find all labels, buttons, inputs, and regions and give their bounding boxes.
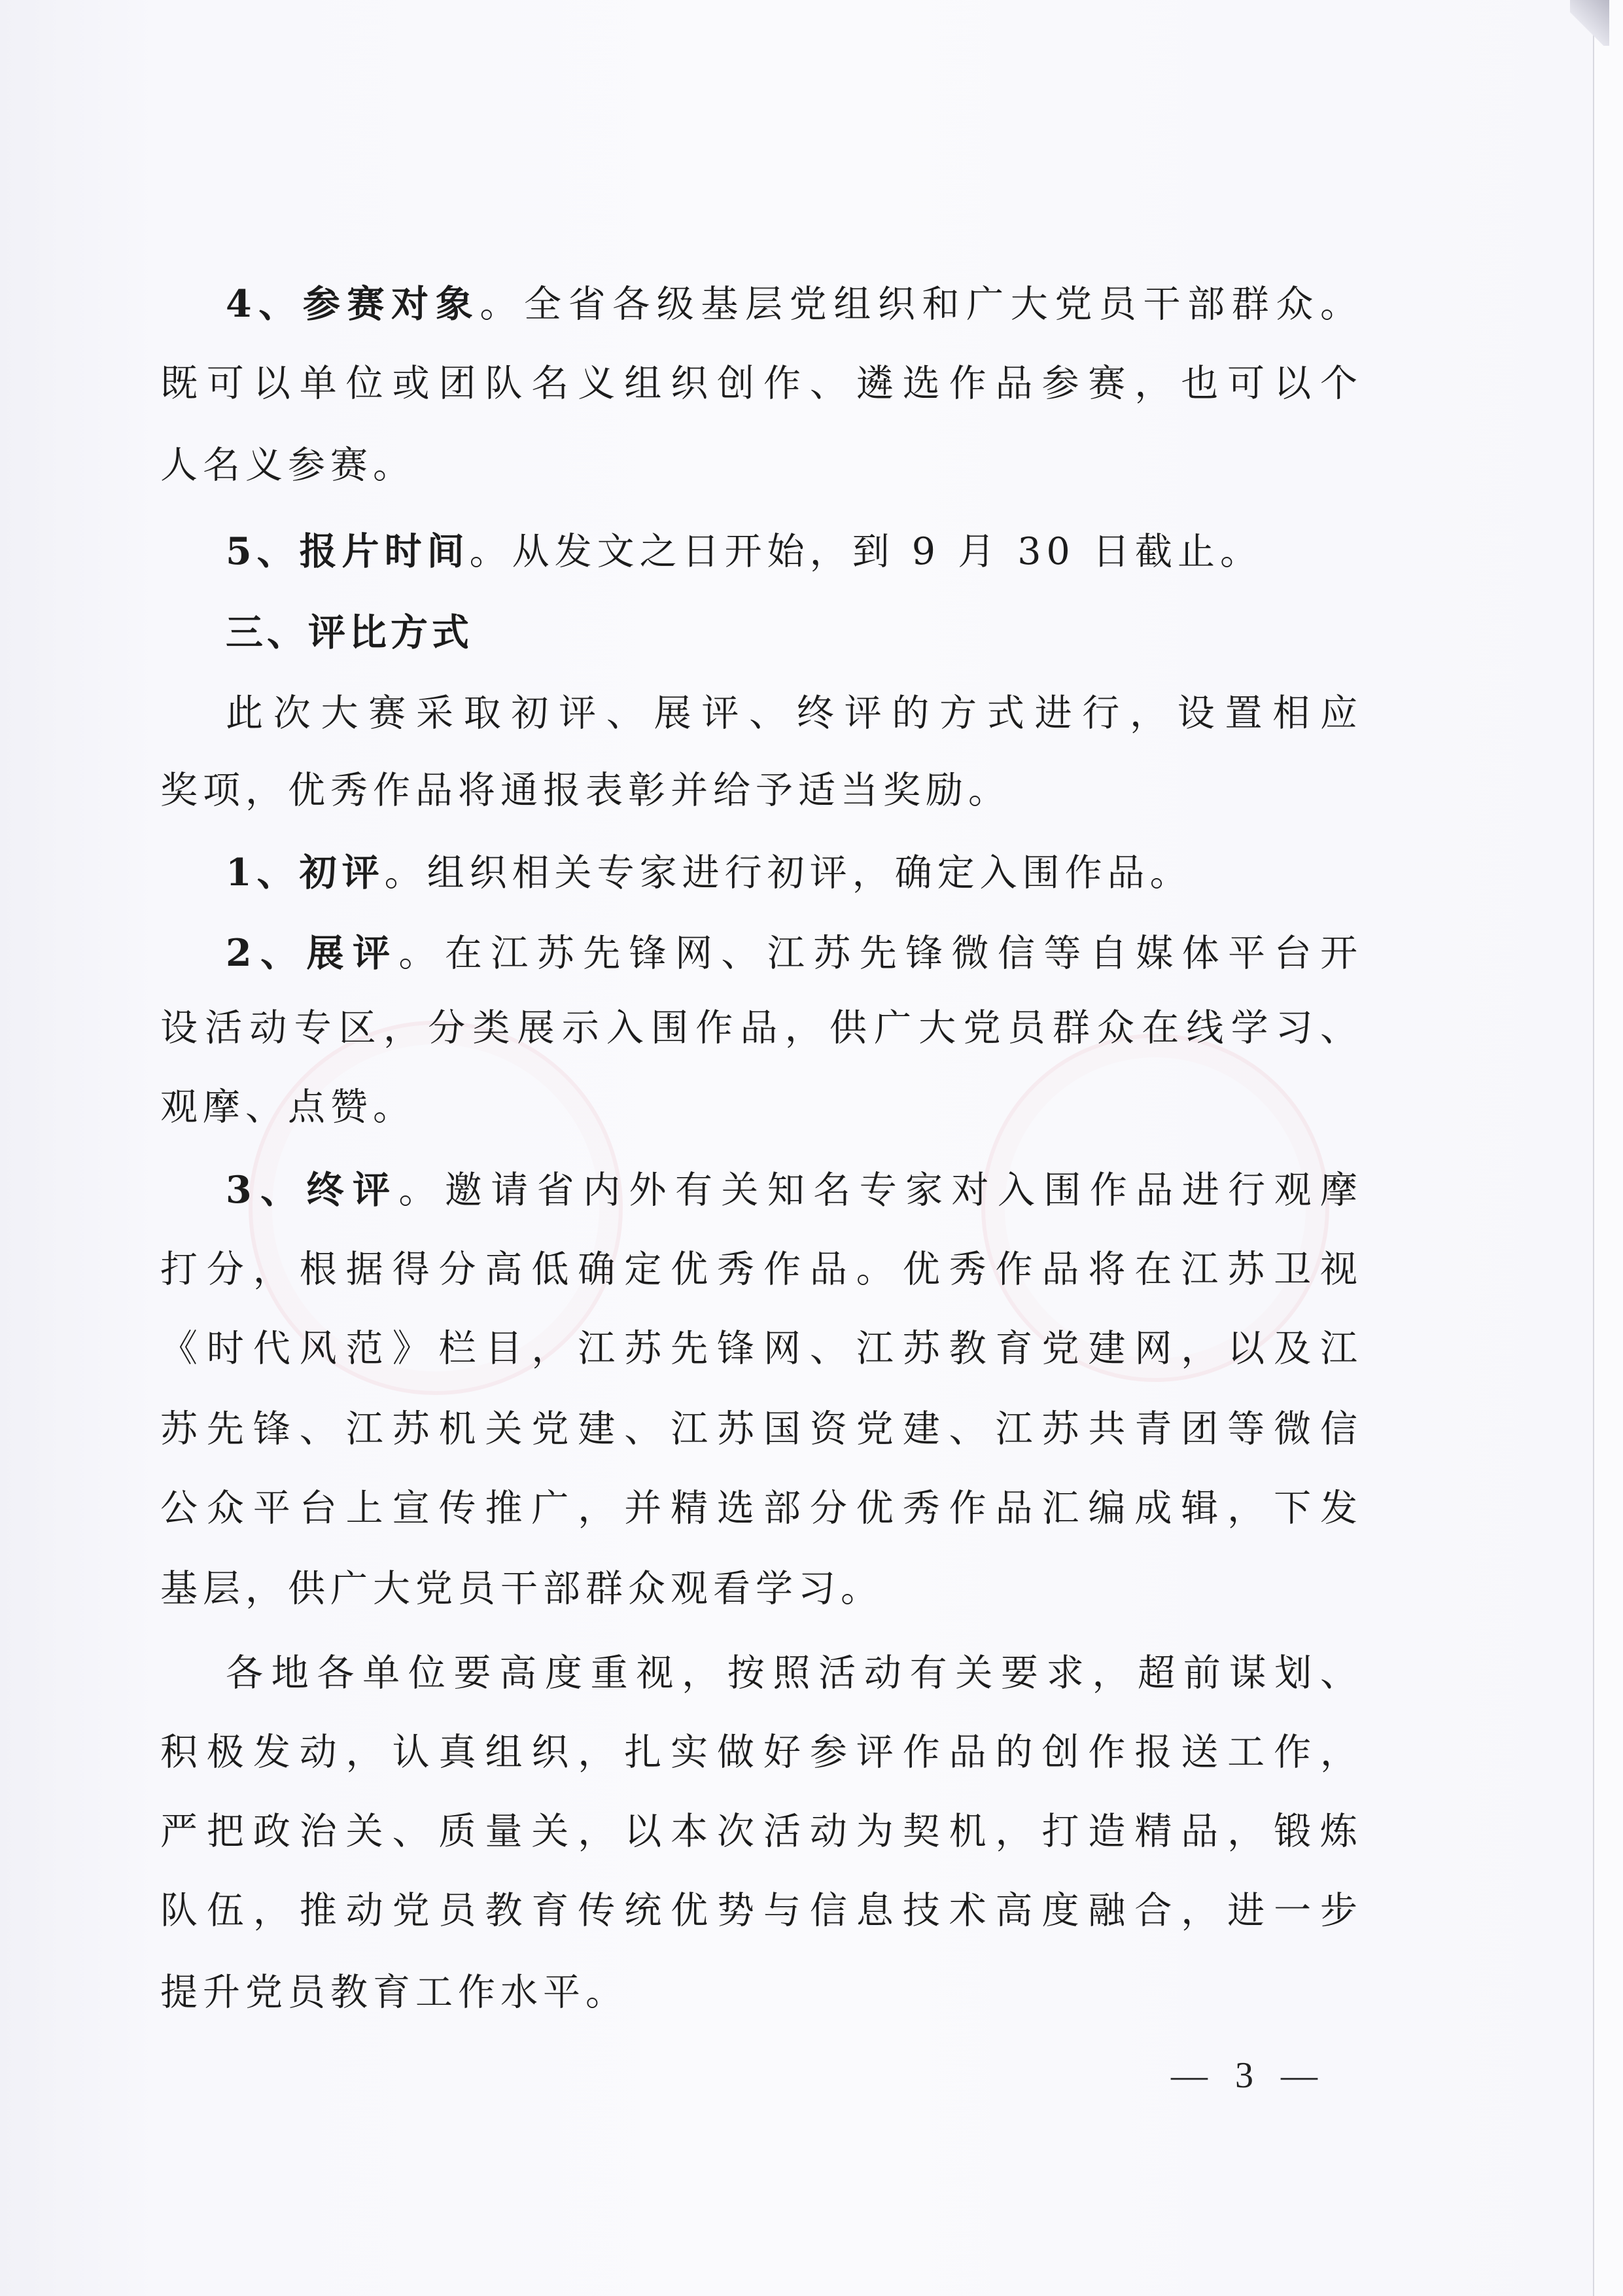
item-label: 3、终评: [226, 1168, 398, 1212]
line-text: 设活动专区，分类展示入围作品，供广大党员群众在线学习、: [160, 1006, 1357, 1050]
line-text: 打分，根据得分高低确定优秀作品。优秀作品将在江苏卫视: [160, 1248, 1357, 1291]
paragraph-line: 提升党员教育工作水平。: [160, 1966, 1357, 2019]
document-page: [0, 0, 1594, 2296]
paragraph-line: 各地各单位要高度重视，按照活动有关要求，超前谋划、: [226, 1647, 1357, 1699]
paragraph-line: 打分，根据得分高低确定优秀作品。优秀作品将在江苏卫视: [160, 1243, 1357, 1296]
line-text: 严把政治关、质量关，以本次活动为契机，打造精品，锻炼: [160, 1810, 1357, 1853]
item-label: 1、初评: [226, 851, 385, 894]
paragraph-line: 积极发动，认真组织，扎实做好参评作品的创作报送工作，: [160, 1726, 1357, 1778]
line-text: 人名义参赛。: [160, 444, 415, 487]
paragraph-line: 设活动专区，分类展示入围作品，供广大党员群众在线学习、: [160, 1002, 1357, 1054]
line-text: 。在江苏先锋网、江苏先锋微信等自媒体平台开: [398, 932, 1357, 975]
line-text: 。邀请省内外有关知名专家对入围作品进行观摩: [398, 1169, 1357, 1212]
line-text: 苏先锋、江苏机关党建、江苏国资党建、江苏共青团等微信: [160, 1407, 1357, 1451]
item-label: 5、报片时间: [226, 529, 470, 573]
paragraph-line: 3、终评。邀请省内外有关知名专家对入围作品进行观摩: [226, 1164, 1357, 1216]
paragraph-line: 奖项，优秀作品将通报表彰并给予适当奖励。: [160, 764, 1357, 817]
paragraph-line: 人名义参赛。: [160, 439, 1357, 491]
heading-text: 三、评比方式: [226, 611, 473, 654]
line-text: 。组织相关专家进行初评，确定入围作品。: [385, 851, 1193, 894]
paragraph-line: 严把政治关、质量关，以本次活动为契机，打造精品，锻炼: [160, 1805, 1357, 1858]
paragraph-line: 公众平台上宣传推广，并精选部分优秀作品汇编成辑，下发: [160, 1482, 1357, 1534]
paragraph-line: 观摩、点赞。: [160, 1081, 1357, 1133]
line-text: 既可以单位或团队名义组织创作、遴选作品参赛，也可以个: [160, 362, 1357, 405]
line-text: 各地各单位要高度重视，按照活动有关要求，超前谋划、: [226, 1651, 1357, 1695]
paragraph-line: 基层，供广大党员干部群众观看学习。: [160, 1563, 1357, 1615]
paragraph-line: 队伍，推动党员教育传统优势与信息技术高度融合，进一步: [160, 1884, 1357, 1937]
item-label: 2、展评: [226, 931, 398, 975]
paragraph-line: 既可以单位或团队名义组织创作、遴选作品参赛，也可以个: [160, 357, 1357, 410]
line-text: 队伍，推动党员教育传统优势与信息技术高度融合，进一步: [160, 1889, 1357, 1932]
paragraph-line: 此次大赛采取初评、展评、终评的方式进行，设置相应: [226, 687, 1357, 739]
line-text: 观摩、点赞。: [160, 1086, 415, 1129]
paragraph-line: 《时代风范》栏目，江苏先锋网、江苏教育党建网，以及江: [160, 1322, 1357, 1375]
paragraph-line: 5、报片时间。从发文之日开始，到 9 月 30 日截止。: [226, 525, 1357, 578]
paragraph-line: 2、展评。在江苏先锋网、江苏先锋微信等自媒体平台开: [226, 927, 1357, 980]
line-text: 基层，供广大党员干部群众观看学习。: [160, 1567, 883, 1610]
line-text: 公众平台上宣传推广，并精选部分优秀作品汇编成辑，下发: [160, 1487, 1357, 1530]
paragraph-line: 苏先锋、江苏机关党建、江苏国资党建、江苏共青团等微信: [160, 1403, 1357, 1455]
section-heading: 三、评比方式: [226, 607, 1357, 659]
line-text: 《时代风范》栏目，江苏先锋网、江苏教育党建网，以及江: [160, 1327, 1357, 1370]
item-label: 4、参赛对象: [226, 282, 480, 326]
line-text: 奖项，优秀作品将通报表彰并给予适当奖励。: [160, 769, 1011, 812]
line-text: 提升党员教育工作水平。: [160, 1971, 628, 2014]
line-text: 此次大赛采取初评、展评、终评的方式进行，设置相应: [226, 692, 1357, 735]
line-text: 。从发文之日开始，到 9 月 30 日截止。: [470, 530, 1263, 573]
paragraph-line: 4、参赛对象。全省各级基层党组织和广大党员干部群众。: [226, 278, 1357, 330]
line-text: 积极发动，认真组织，扎实做好参评作品的创作报送工作，: [160, 1731, 1357, 1774]
page-edge: [1594, 0, 1623, 2296]
paragraph-line: 1、初评。组织相关专家进行初评，确定入围作品。: [226, 847, 1357, 899]
line-text: 。全省各级基层党组织和广大党员干部群众。: [480, 283, 1357, 326]
page-number: — 3 —: [1171, 2055, 1327, 2096]
page-corner-fold: [1570, 0, 1609, 46]
